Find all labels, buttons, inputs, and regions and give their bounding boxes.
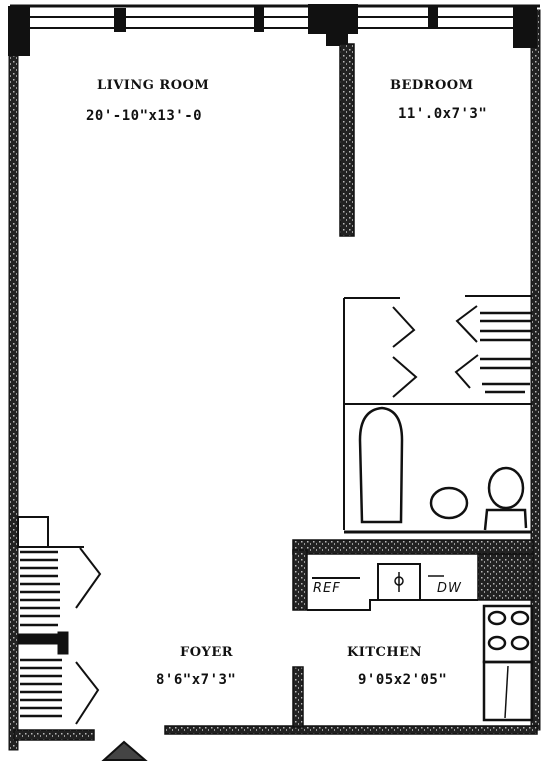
room-dimensions-living-room: 20'-10"x13'-0 [86,108,202,124]
room-name-foyer: FOYER [180,645,233,660]
room-dimensions-bedroom: 11'.0x7'3" [398,106,487,122]
toilet-icon [489,468,523,508]
burner-icon [512,637,528,649]
room-dimensions-kitchen: 9'05x2'05" [358,672,447,688]
bedroom-partition-wall [340,44,354,236]
room-name-bedroom: BEDROOM [390,78,474,93]
dishwasher-label: DW [437,581,462,596]
closet [344,296,532,530]
room-name-kitchen: KITCHEN [347,645,422,660]
bathtub-icon [360,408,402,522]
stove [484,606,532,720]
window-mullions [8,4,537,56]
bottom-walls [14,667,537,740]
refrigerator-label: REF [313,581,341,596]
foyer-closet [18,517,100,724]
burner-icon [489,612,505,624]
kitchen-counter [293,540,533,610]
room-dimensions-foyer: 8'6"x7'3" [156,672,236,688]
sink-icon [431,488,467,518]
burner-icon [489,637,505,649]
room-name-living-room: LIVING ROOM [97,78,209,93]
bathroom [344,408,532,532]
burner-icon [512,612,528,624]
entrance-triangle-icon [104,742,145,760]
